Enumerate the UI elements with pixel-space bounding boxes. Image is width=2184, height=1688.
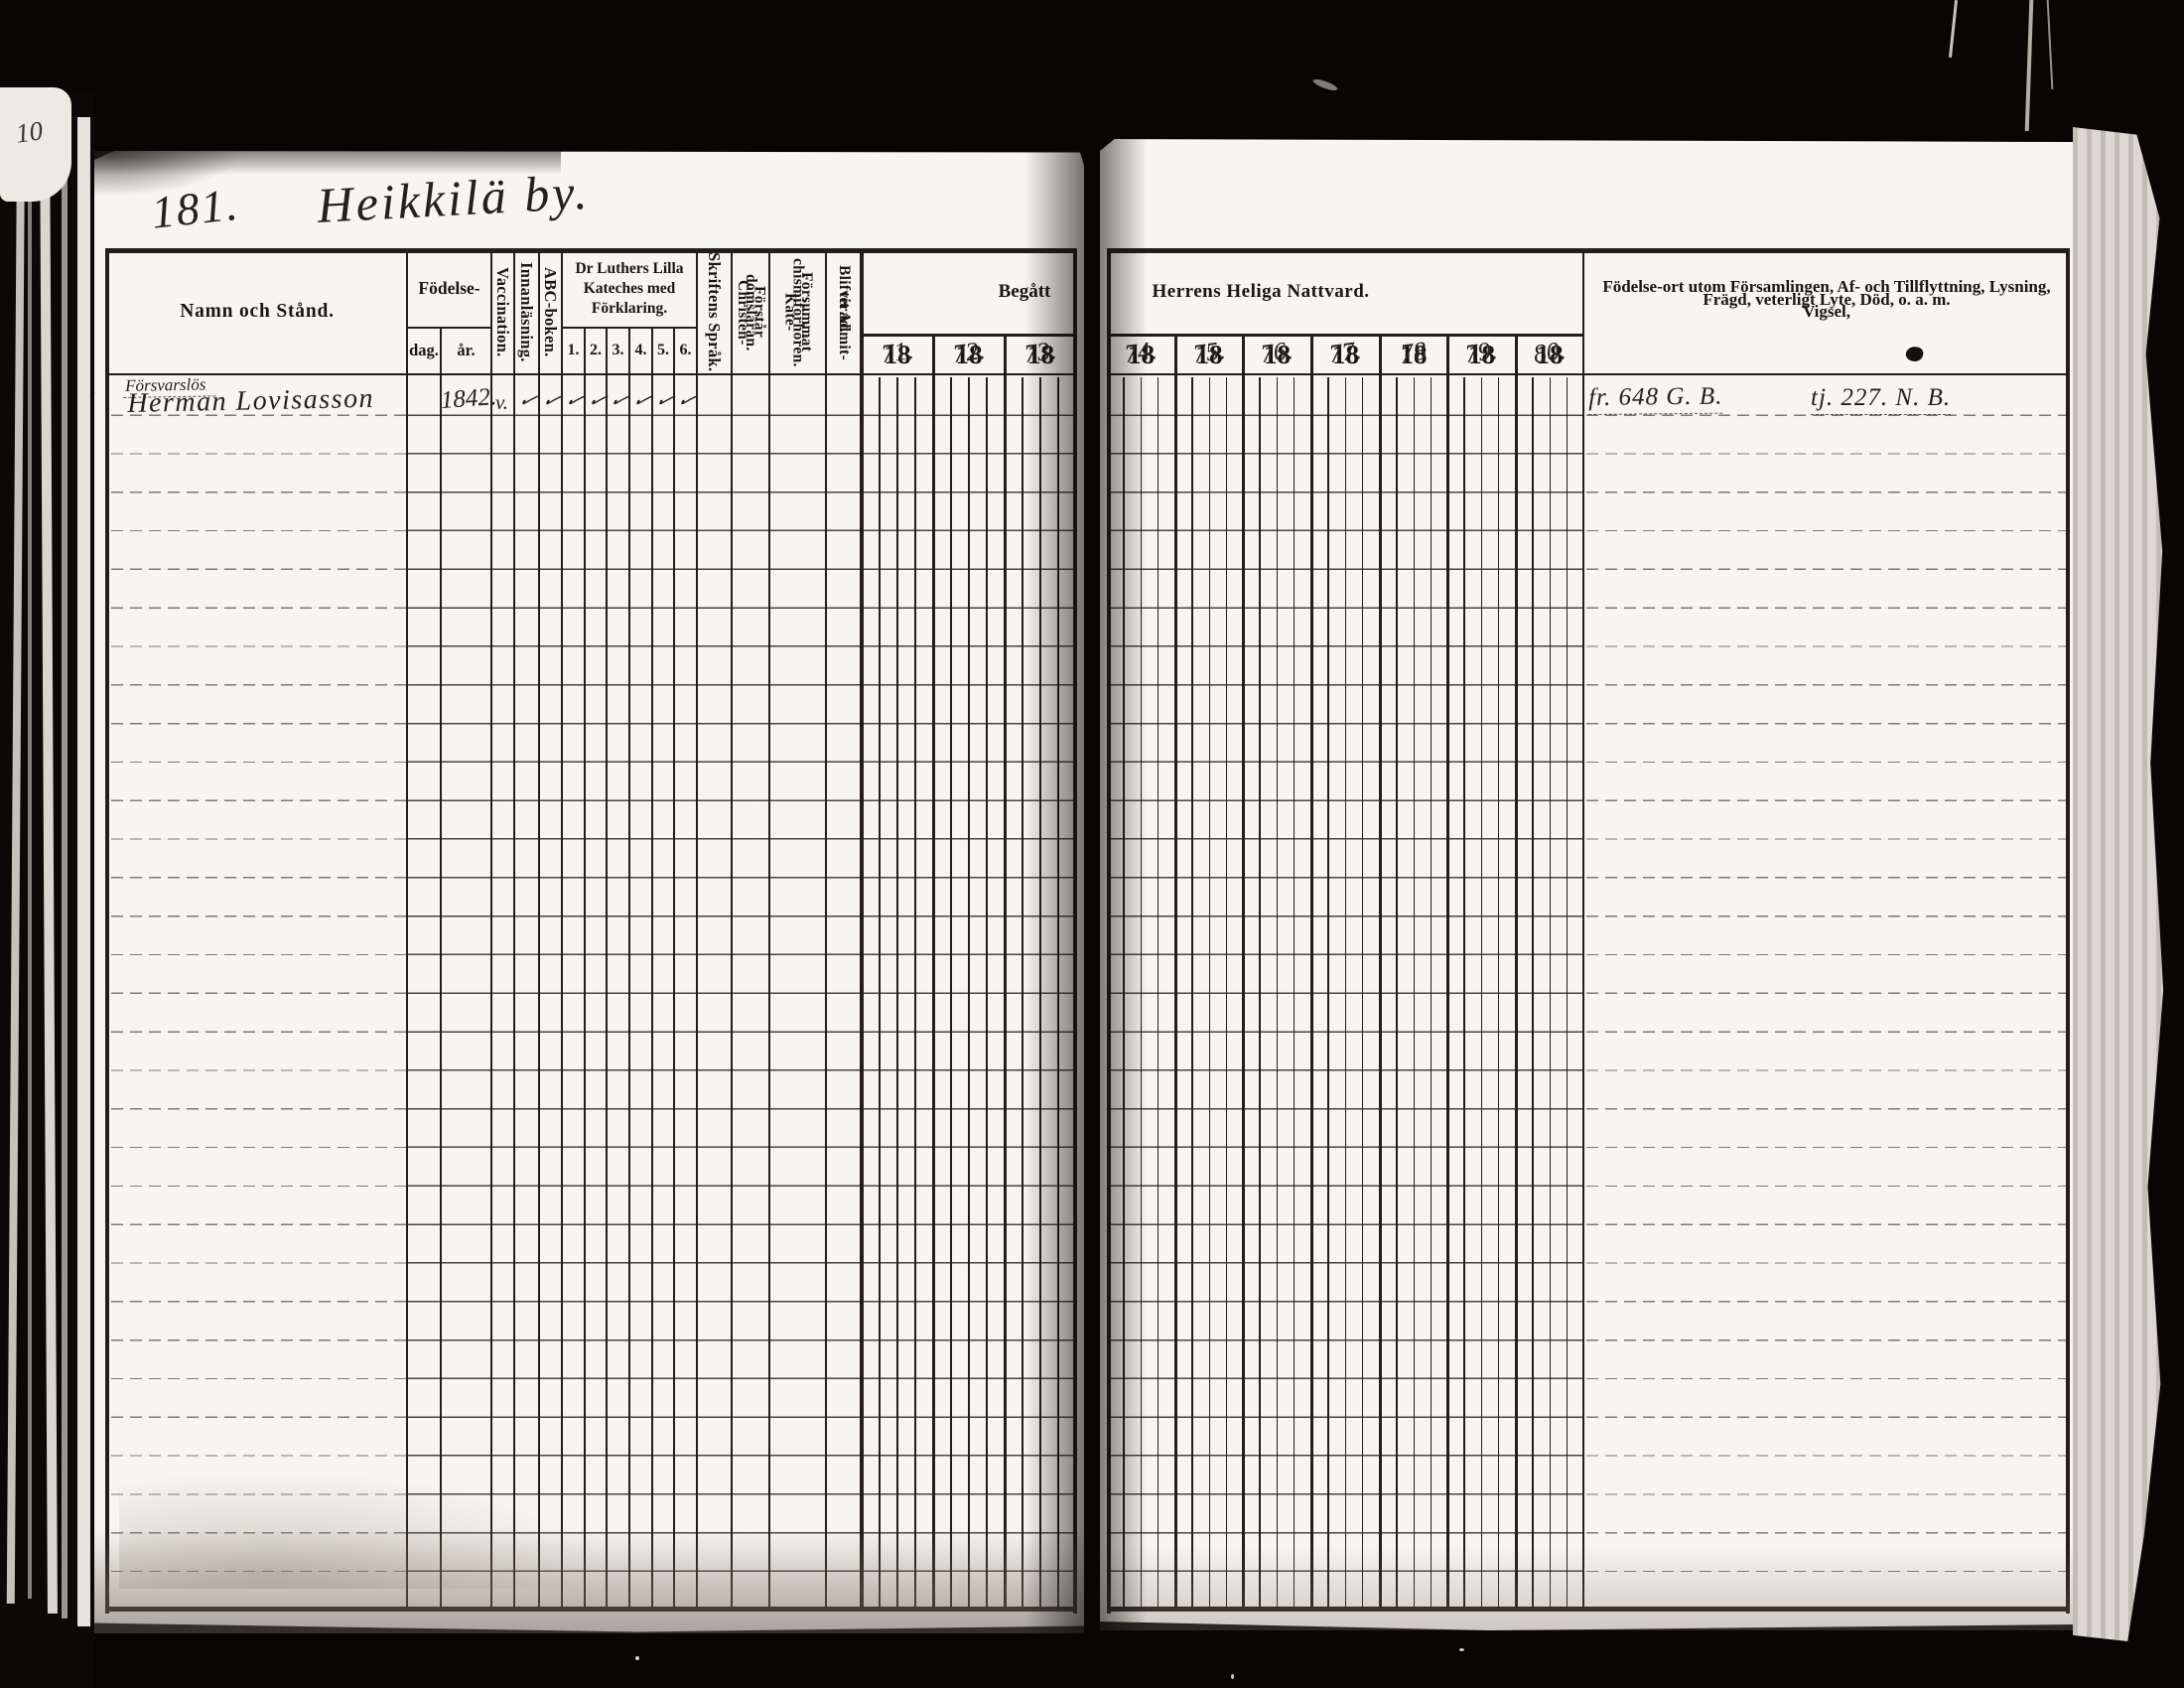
grid-vline <box>513 250 515 1611</box>
grid-vline <box>1345 377 1346 1611</box>
catechism-number-2: 2. <box>585 328 607 373</box>
catechism-number-3: 3. <box>607 328 629 373</box>
grid-vline <box>860 250 864 1611</box>
catechism-number-6: 6. <box>674 328 697 373</box>
grid-vline <box>1022 377 1023 1611</box>
grid-vline <box>628 327 630 1611</box>
year-written: 71. <box>880 336 915 369</box>
grid-vline <box>768 250 770 1611</box>
col-header-catechism: Dr Luthers Lilla Kateches med Förklaring… <box>562 251 697 327</box>
year-1876: 18 76. <box>1243 336 1311 373</box>
corner-number: 10 <box>14 115 45 149</box>
grid-vline <box>950 377 951 1611</box>
row1-vaccination: v. <box>495 390 508 415</box>
catechism-number-1: 1. <box>562 328 585 373</box>
grid-vline <box>1550 377 1551 1611</box>
grid-vline <box>1396 377 1397 1611</box>
year-1872: 18 72. <box>933 336 1005 373</box>
scanned-ledger-spread: 10 181. Heikkilä by. Namn och Stånd. Föd… <box>0 0 2184 1688</box>
row1-birth-year: 1842. <box>440 383 497 415</box>
gutter-shadow-right <box>1100 139 1148 1630</box>
col-header-understands: Förstår Christen- domsläran. <box>732 252 769 372</box>
year-1880: 18 80. <box>1516 336 1583 373</box>
page-edge-streak <box>28 129 32 1599</box>
col-header-missed-line2: chismiförhören. <box>789 258 805 367</box>
col-header-name: Namn och Stånd. <box>107 250 407 373</box>
grid-vline <box>1463 377 1464 1611</box>
grid-vline <box>538 250 540 1611</box>
grid-vline <box>1191 377 1192 1611</box>
grid-vline <box>440 327 442 1611</box>
grid-hline <box>1107 1607 2070 1612</box>
grid-vline <box>914 377 915 1611</box>
col-header-understands-line2: domsläran. <box>743 274 758 352</box>
col-header-scripture: Skriftens Språk. <box>697 252 732 372</box>
grid-vline <box>1226 377 1227 1611</box>
grid-vline <box>879 377 880 1611</box>
grid-vline <box>1294 377 1295 1611</box>
row-lines <box>111 377 407 1611</box>
grid-vline <box>1379 335 1382 1611</box>
year-1875: 18 75. <box>1175 336 1243 373</box>
grid-vline <box>1327 377 1328 1611</box>
grid-vline <box>1259 377 1260 1611</box>
grid-vline <box>1209 377 1210 1611</box>
grid-vline <box>1174 335 1177 1611</box>
grid-vline <box>606 327 608 1611</box>
row1-name: Herman Lovisasson <box>127 383 374 420</box>
grid-vline <box>561 250 564 1611</box>
grid-vline <box>696 250 699 1611</box>
row1-note-left: fr. 648 G. B. <box>1588 383 1723 415</box>
grid-vline <box>986 377 987 1611</box>
year-1877: 18 77. <box>1311 336 1380 373</box>
grid-vline <box>673 327 675 1611</box>
grid-vline <box>1242 335 1245 1611</box>
catechism-number-5: 5. <box>652 328 674 373</box>
grid-vline <box>825 250 827 1611</box>
grid-vline <box>1310 335 1313 1611</box>
grid-vline <box>490 250 493 1611</box>
col-header-birth-day: dag. <box>407 328 441 373</box>
page-edge-streak <box>77 117 90 1626</box>
col-header-missed: Försummat Kate- chismiförhören. <box>769 252 826 372</box>
grid-vline <box>1431 377 1432 1611</box>
dust-speck <box>1231 1674 1234 1679</box>
grid-vline <box>932 335 935 1611</box>
row-lines <box>407 377 862 1611</box>
year-1879: 18 79. <box>1447 336 1516 373</box>
col-header-birth: Födelse- <box>407 250 491 327</box>
grid-vline <box>1498 377 1499 1611</box>
grid-vline <box>1567 377 1568 1611</box>
year-1871: 18 71. <box>862 336 933 373</box>
grid-vline <box>1362 377 1363 1611</box>
page-number: 181. <box>149 178 242 239</box>
grid-vline <box>584 327 586 1611</box>
col-header-notes-line2: Frägd, veterligt Lyte, Död, o. a. m. <box>1703 288 1950 313</box>
grid-vline <box>1582 250 1585 1611</box>
col-header-nattvard: Herrens Heliga Nattvard. <box>1107 250 1583 334</box>
grid-vline <box>406 250 409 1611</box>
grid-vline <box>968 377 969 1611</box>
gutter-shadow-left <box>1024 139 1084 1633</box>
grid-hline <box>107 1607 1077 1612</box>
grid-vline <box>896 377 897 1611</box>
grid-vline <box>1515 335 1518 1611</box>
grid-vline <box>1532 377 1533 1611</box>
grid-vline <box>1446 335 1449 1611</box>
page-edge-streak <box>62 124 68 1618</box>
grid-vline <box>731 250 733 1611</box>
dust-speck <box>635 1656 639 1660</box>
col-header-abc-book: ABC-boken. <box>539 252 562 372</box>
grid-vline <box>1004 335 1007 1611</box>
grid-vline <box>1481 377 1482 1611</box>
col-header-vaccination: Vaccination. <box>491 252 514 372</box>
grid-vline <box>1277 377 1278 1611</box>
year-1878: 18 78 <box>1380 336 1447 373</box>
grid-vline <box>105 248 109 1614</box>
grid-vline <box>651 327 653 1611</box>
row1-note-right: tj. 227. N. B. <box>1811 384 1951 415</box>
col-header-notes: Födelse-ort utom Församlingen, Af- och T… <box>1583 252 2070 348</box>
grid-vline <box>1414 377 1415 1611</box>
col-header-birth-year: år. <box>441 328 491 373</box>
col-header-admitted-line2: terad. <box>836 292 852 333</box>
col-header-reading: Innanläsning. <box>514 252 539 372</box>
catechism-number-4: 4. <box>629 328 652 373</box>
col-header-admitted: Blifvit Admit- terad. <box>826 252 862 372</box>
row-lines <box>1586 377 2070 1611</box>
grid-vline <box>2066 248 2070 1614</box>
dust-speck <box>1459 1648 1464 1651</box>
grid-vline <box>1158 377 1159 1611</box>
